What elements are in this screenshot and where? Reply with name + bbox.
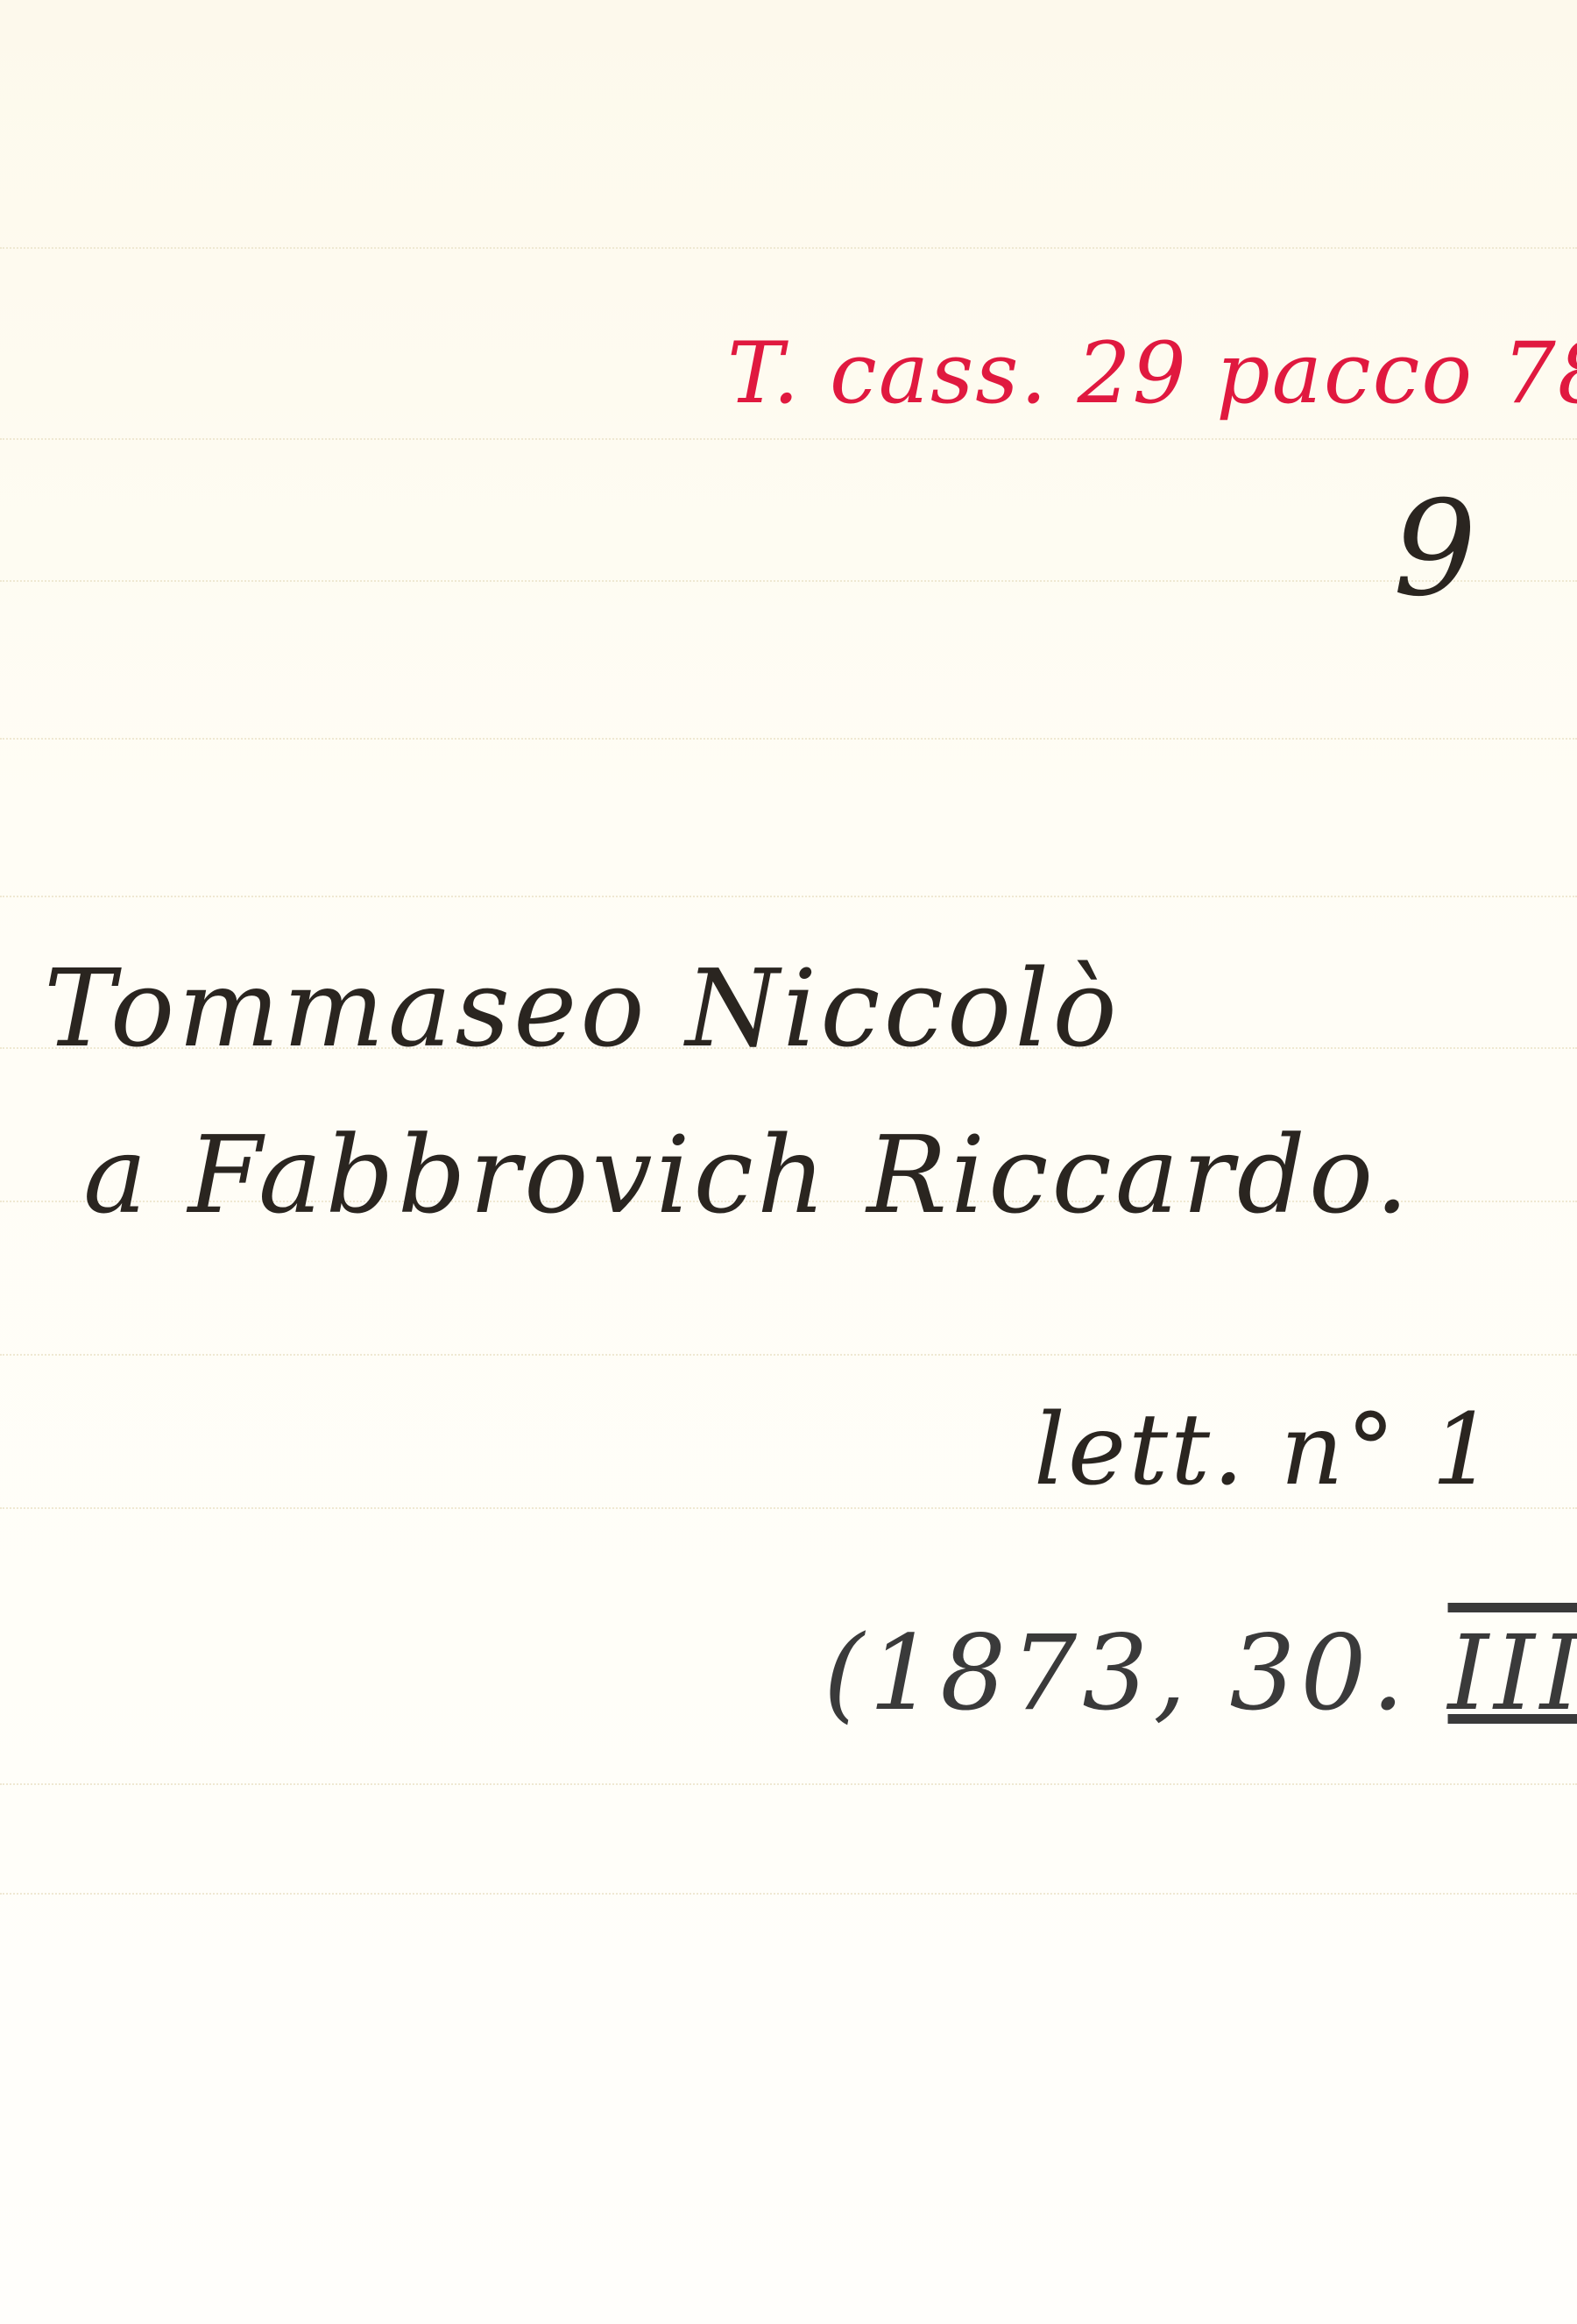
ruled-line [0,1783,1577,1785]
ruled-line [0,1893,1577,1895]
ruled-line [0,247,1577,249]
ruled-line [0,1354,1577,1356]
letter-count: lett. n° 1 [1034,1393,1496,1507]
ruled-line [0,1507,1577,1509]
recipient-name: a Fabbrovich Riccardo. [83,1113,1412,1237]
ruled-line [0,896,1577,897]
author-name: Tommaseo Niccolò [44,946,1121,1071]
ruled-line [0,438,1577,440]
ruled-line [0,580,1577,582]
letter-date: (1873, 30. III) [824,1612,1577,1733]
date-month-roman: III [1448,1612,1577,1733]
shelfmark: T. cass. 29 pacco 78. [727,324,1577,422]
archive-index-card: T. cass. 29 pacco 78. 9 Tommaseo Niccolò… [0,0,1577,2324]
ruled-line [0,738,1577,740]
folder-number: 9 [1393,473,1476,626]
date-prefix: (1873, 30. [824,1612,1448,1733]
